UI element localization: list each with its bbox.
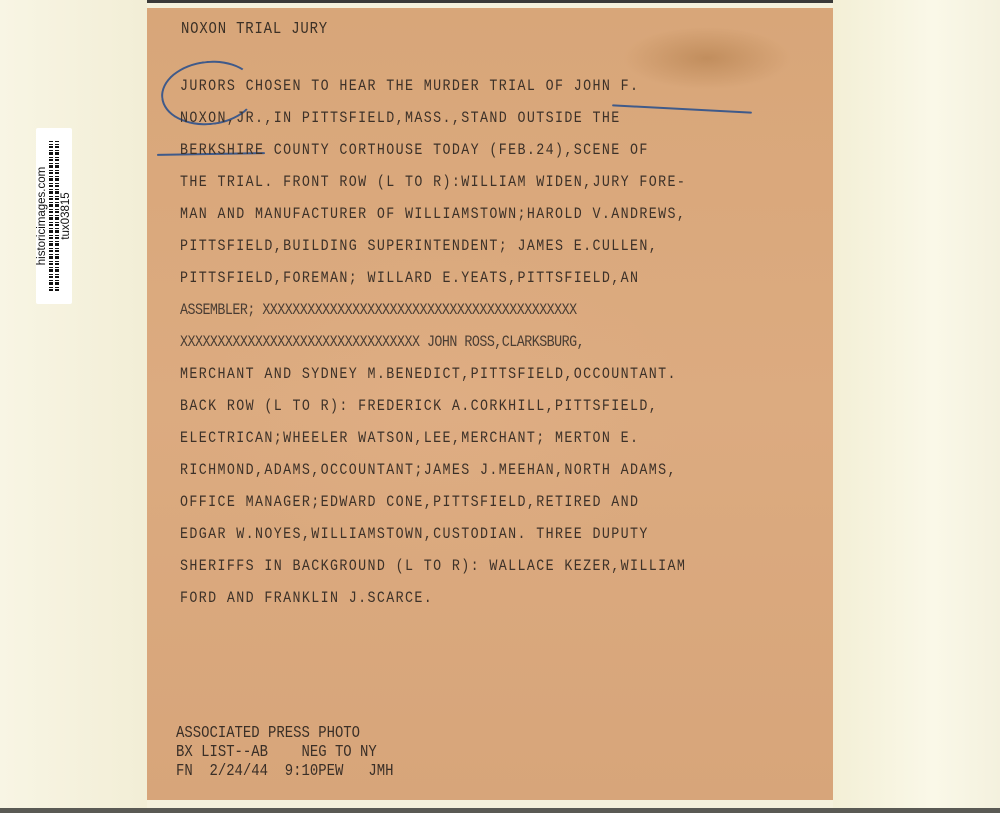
backing-right (833, 0, 1000, 813)
caption-footer: ASSOCIATED PRESS PHOTO BX LIST--AB NEG T… (176, 724, 441, 781)
label-site: historicimages.com (36, 167, 48, 265)
headline: NOXON TRIAL JURY (181, 20, 328, 39)
caption-line: MAN AND MANUFACTURER OF WILLIAMSTOWN;HAR… (180, 198, 686, 230)
date-stamp: FN 2/24/44 9:10PEW JMH (176, 762, 394, 781)
photo-credit: ASSOCIATED PRESS PHOTO (176, 724, 394, 743)
caption-line: PITTSFIELD,FOREMAN; WILLARD E.YEATS,PITT… (180, 262, 686, 294)
caption-line: BERKSHIRE COUNTY CORTHOUSE TODAY (FEB.24… (180, 134, 686, 166)
caption-body: JURORS CHOSEN TO HEAR THE MURDER TRIAL O… (180, 70, 769, 614)
caption-line: THE TRIAL. FRONT ROW (L TO R):WILLIAM WI… (180, 166, 686, 198)
caption-line: MERCHANT AND SYDNEY M.BENEDICT,PITTSFIEL… (180, 358, 686, 390)
label-id: tux03815 (60, 192, 72, 239)
photo-bottom-edge (0, 808, 1000, 813)
backing-left (0, 0, 147, 813)
caption-line: FORD AND FRANKLIN J.SCARCE. (180, 582, 686, 614)
barcode-icon (49, 141, 53, 291)
caption-line: PITTSFIELD,BUILDING SUPERINTENDENT; JAME… (180, 230, 686, 262)
caption-line: EDGAR W.NOYES,WILLIAMSTOWN,CUSTODIAN. TH… (180, 518, 686, 550)
caption-line: OFFICE MANAGER;EDWARD CONE,PITTSFIELD,RE… (180, 486, 686, 518)
caption-line-struck: XXXXXXXXXXXXXXXXXXXXXXXXXXXXXXXX JOHN RO… (180, 326, 686, 358)
caption-line: JURORS CHOSEN TO HEAR THE MURDER TRIAL O… (180, 70, 686, 102)
caption-line: RICHMOND,ADAMS,OCCOUNTANT;JAMES J.MEEHAN… (180, 454, 686, 486)
caption-line: ELECTRICAN;WHEELER WATSON,LEE,MERCHANT; … (180, 422, 686, 454)
list-routing: BX LIST--AB NEG TO NY (176, 743, 394, 762)
caption-line-struck: ASSEMBLER; XXXXXXXXXXXXXXXXXXXXXXXXXXXXX… (180, 294, 686, 326)
barcode-icon (55, 141, 59, 291)
caption-paper: NOXON TRIAL JURY JURORS CHOSEN TO HEAR T… (147, 8, 833, 800)
barcode-label: historicimages.com tux03815 (36, 128, 72, 304)
caption-line: SHERIFFS IN BACKGROUND (L TO R): WALLACE… (180, 550, 686, 582)
caption-line: NOXON,JR.,IN PITTSFIELD,MASS.,STAND OUTS… (180, 102, 686, 134)
caption-line: BACK ROW (L TO R): FREDERICK A.CORKHILL,… (180, 390, 686, 422)
